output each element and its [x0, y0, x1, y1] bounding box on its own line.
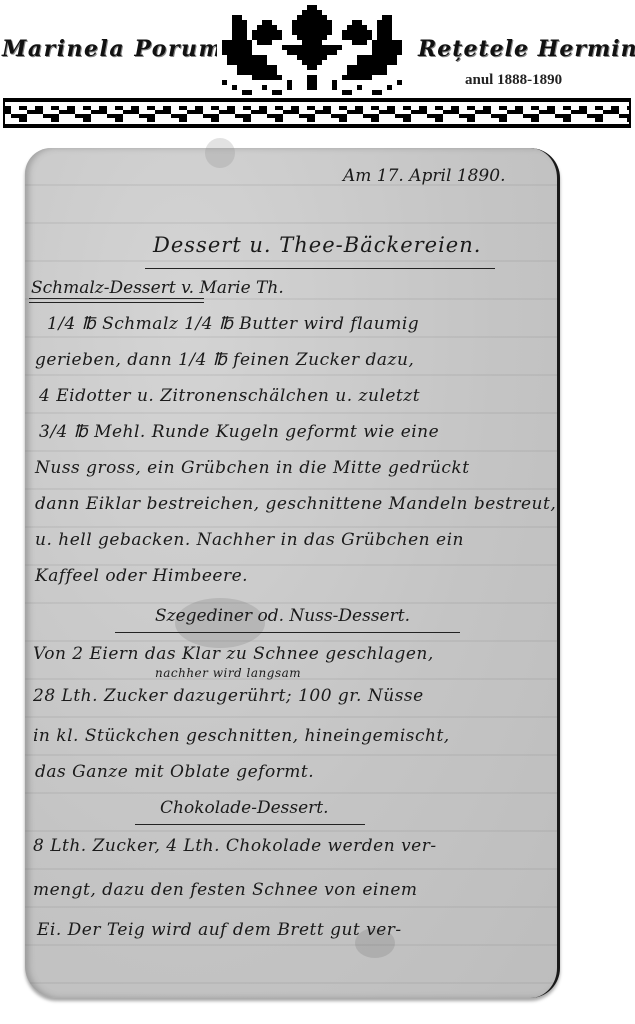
recipe-insertion: nachher wird langsam [155, 666, 301, 680]
cross-stitch-birds-motif-icon [217, 0, 407, 100]
recipe-line: Nuss gross, ein Grübchen in die Mitte ge… [35, 458, 470, 478]
recipe-line: 3/4 ℔ Mehl. Runde Kugeln geformt wie ein… [39, 422, 439, 442]
author-name: Marinela Porumb [2, 36, 214, 62]
recipe-heading: Schmalz-Dessert v. Marie Th. [31, 278, 284, 298]
page-header: Marinela Porumb [0, 0, 635, 135]
recipe-line: Von 2 Eiern das Klar zu Schnee geschlage… [33, 644, 434, 664]
manuscript-title: Dessert u. Thee-Bäckereien. [153, 233, 481, 257]
recipe-line: 28 Lth. Zucker dazugerührt; 100 gr. Nüss… [33, 686, 424, 706]
recipe-line: mengt, dazu den festen Schnee von einem [33, 880, 418, 900]
collection-title: Rețetele Herminei [418, 36, 633, 62]
recipe-line: in kl. Stückchen geschnitten, hineingemi… [33, 726, 450, 746]
collection-years: anul 1888-1890 [465, 72, 562, 89]
water-stain [205, 138, 235, 168]
recipe-line: gerieben, dann 1/4 ℔ feinen Zucker dazu, [35, 350, 414, 370]
manuscript-page: Am 17. April 1890. Dessert u. Thee-Bäcke… [25, 148, 560, 998]
recipe-heading: Chokolade-Dessert. [160, 798, 329, 818]
heading-underline [115, 632, 460, 633]
recipe-line: 1/4 ℔ Schmalz 1/4 ℔ Butter wird flaumig [47, 314, 419, 334]
manuscript-date: Am 17. April 1890. [343, 166, 505, 186]
recipe-line: 8 Lth. Zucker, 4 Lth. Chokolade werden v… [33, 836, 437, 856]
cross-stitch-border-band-icon [3, 98, 631, 128]
heading-double-underline [29, 298, 204, 303]
recipe-line: das Ganze mit Oblate geformt. [35, 762, 314, 782]
recipe-line: dann Eiklar bestreichen, geschnittene Ma… [35, 494, 556, 514]
recipe-line: 4 Eidotter u. Zitronenschälchen u. zulet… [39, 386, 420, 406]
recipe-heading: Szegediner od. Nuss-Dessert. [155, 606, 410, 626]
recipe-line: u. hell gebacken. Nachher in das Grübche… [35, 530, 464, 550]
title-underline [145, 268, 495, 269]
recipe-line: Kaffeel oder Himbeere. [35, 566, 248, 586]
recipe-line: Ei. Der Teig wird auf dem Brett gut ver- [37, 920, 402, 940]
heading-underline [135, 824, 365, 825]
